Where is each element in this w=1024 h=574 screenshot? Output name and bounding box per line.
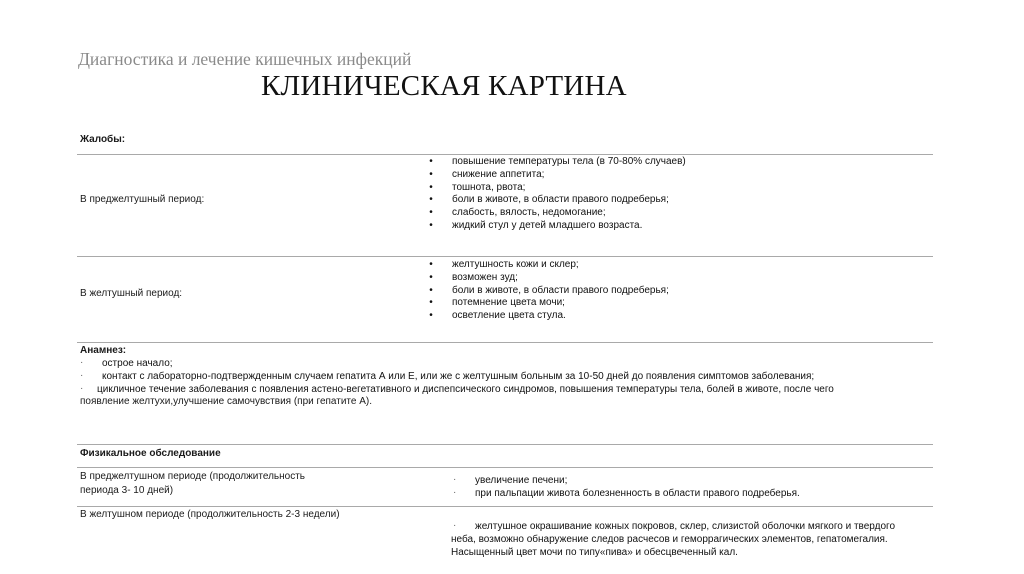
table-divider (77, 154, 933, 155)
bullet-icon: · (453, 474, 456, 487)
bullet-icon: • (426, 182, 436, 195)
pre-icteric-complaints-list: •повышение температуры тела (в 70-80% сл… (426, 156, 686, 233)
physical-exam-heading: Физикальное обследование (80, 448, 221, 461)
bullet-icon: · (80, 357, 83, 370)
table-divider (77, 342, 933, 343)
list-item: ·контакт с лабораторно-подтвержденным сл… (80, 371, 834, 384)
list-item: ·при пальпации живота болезненность в об… (453, 488, 800, 501)
table-divider (77, 467, 933, 468)
physical-pre-icteric-label-line2: периода 3- 10 дней) (80, 485, 173, 498)
icteric-complaints-list: •желтушность кожи и склер; •возможен зуд… (426, 259, 669, 323)
table-divider (77, 256, 933, 257)
bullet-icon: · (453, 487, 456, 500)
bullet-icon: · (453, 520, 456, 533)
list-item: •жидкий стул у детей младшего возраста. (426, 220, 686, 233)
list-item: ·острое начало; (80, 358, 834, 371)
table-divider (77, 506, 933, 507)
bullet-icon: · (80, 370, 83, 383)
description-line: ·желтушное окрашивание кожных покровов, … (451, 521, 895, 534)
list-item: ·увеличение печени; (453, 475, 800, 488)
bullet-icon: • (426, 169, 436, 182)
icteric-label: В желтушный период: (80, 288, 182, 301)
bullet-icon: • (426, 285, 436, 298)
list-item: •повышение температуры тела (в 70-80% сл… (426, 156, 686, 169)
bullet-icon: • (426, 272, 436, 285)
description-line: Насыщенный цвет мочи по типу«пива» и обе… (451, 547, 895, 560)
bullet-icon: • (426, 207, 436, 220)
physical-pre-icteric-list: ·увеличение печени; ·при пальпации живот… (453, 475, 800, 501)
document-subtitle: Диагностика и лечение кишечных инфекций (78, 49, 411, 70)
table-divider (77, 444, 933, 445)
pre-icteric-label: В преджелтушный период: (80, 194, 204, 207)
physical-pre-icteric-label-line1: В преджелтушном периоде (продолжительнос… (80, 471, 305, 484)
bullet-icon: · (80, 383, 83, 396)
bullet-icon: • (426, 297, 436, 310)
bullet-icon: • (426, 194, 436, 207)
description-line: неба, возможно обнаружение следов расчес… (451, 534, 895, 547)
page-title: КЛИНИЧЕСКАЯ КАРТИНА (261, 70, 627, 103)
bullet-icon: • (426, 156, 436, 169)
list-item: •боли в животе, в области правого подреб… (426, 194, 686, 207)
anamnesis-continuation: появление желтухи,улучшение самочувствия… (80, 396, 372, 409)
list-item: •потемнение цвета мочи; (426, 297, 669, 310)
list-item: •слабость, вялость, недомогание; (426, 207, 686, 220)
bullet-icon: • (426, 259, 436, 272)
list-item: •желтушность кожи и склер; (426, 259, 669, 272)
bullet-icon: • (426, 220, 436, 233)
bullet-icon: • (426, 310, 436, 323)
list-item: ·цикличное течение заболевания с появлен… (80, 384, 834, 397)
physical-icteric-label: В желтушном периоде (продолжительность 2… (80, 509, 340, 522)
anamnesis-heading: Анамнез: (80, 345, 126, 358)
list-item: •тошнота, рвота; (426, 182, 686, 195)
list-item: •боли в животе, в области правого подреб… (426, 285, 669, 298)
list-item: •возможен зуд; (426, 272, 669, 285)
list-item: •снижение аппетита; (426, 169, 686, 182)
physical-icteric-description: ·желтушное окрашивание кожных покровов, … (451, 521, 895, 559)
complaints-heading: Жалобы: (80, 134, 125, 147)
anamnesis-list: ·острое начало; ·контакт с лабораторно-п… (80, 358, 834, 396)
list-item: •осветление цвета стула. (426, 310, 669, 323)
